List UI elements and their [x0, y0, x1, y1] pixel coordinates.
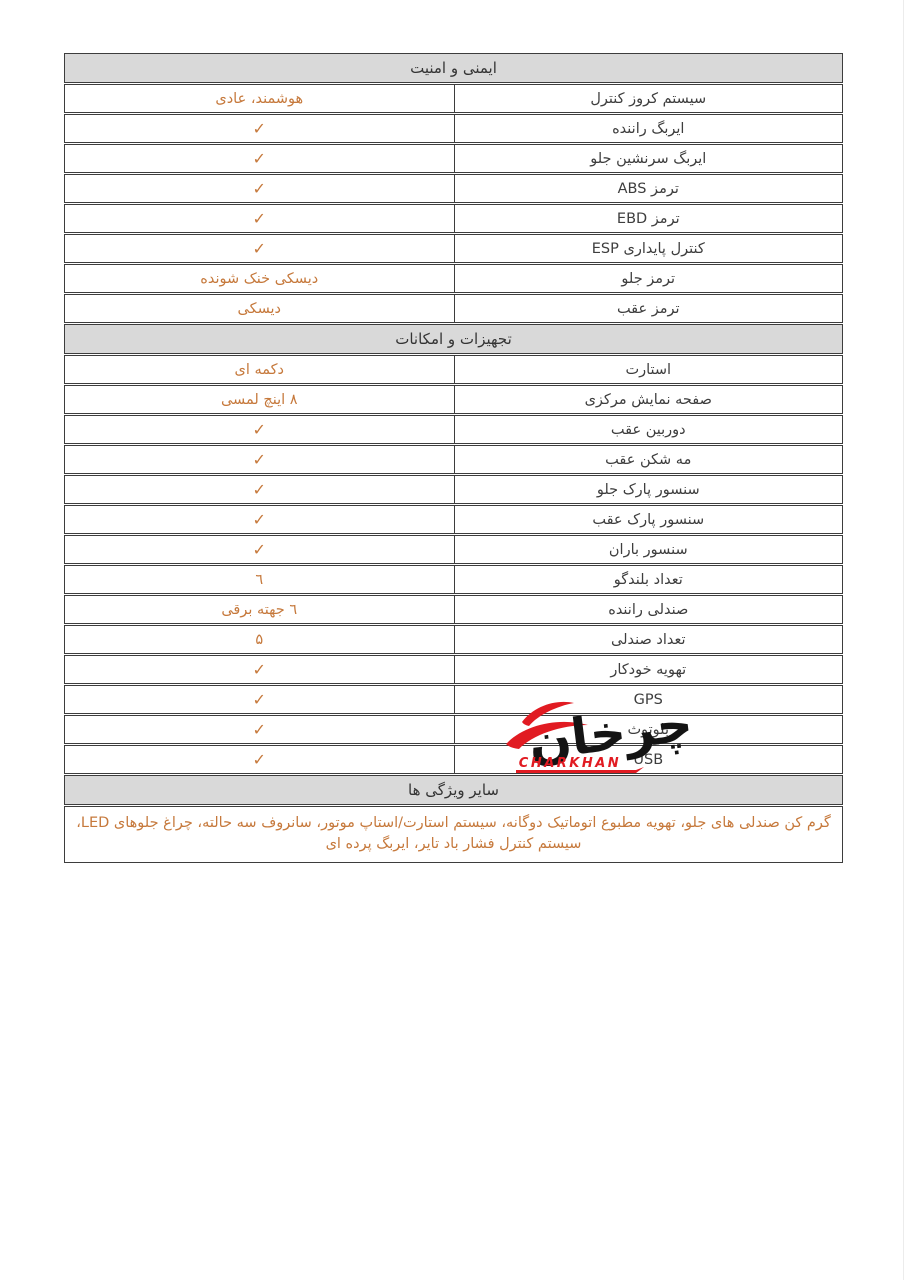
- row-label: ترمز جلو: [454, 265, 843, 292]
- section-header: ایمنی و امنیت: [64, 53, 843, 83]
- row-label: USB: [454, 746, 843, 773]
- table-row: سنسور پارک عقب ✓: [64, 505, 843, 534]
- table-row: ترمز EBD ✓: [64, 204, 843, 233]
- row-value: ✓: [65, 506, 454, 533]
- row-value: ✓: [65, 686, 454, 713]
- row-label: ایربگ سرنشین جلو: [454, 145, 843, 172]
- table-row: ترمز عقب دیسکی: [64, 294, 843, 323]
- other-features-note: گرم کن صندلی های جلو، تهویه مطبوع اتومات…: [64, 806, 843, 863]
- row-value: دیسکی خنک شونده: [65, 265, 454, 292]
- row-label: سنسور باران: [454, 536, 843, 563]
- row-label: GPS: [454, 686, 843, 713]
- row-value: ✓: [65, 656, 454, 683]
- row-value: ٦ جهته برقی: [65, 596, 454, 623]
- table-row: مه شکن عقب ✓: [64, 445, 843, 474]
- row-label: مه شکن عقب: [454, 446, 843, 473]
- row-label: ترمز ABS: [454, 175, 843, 202]
- row-value: ✓: [65, 716, 454, 743]
- row-label: تعداد بلندگو: [454, 566, 843, 593]
- row-value: ۸ اینچ لمسی: [65, 386, 454, 413]
- table-row: ترمز جلو دیسکی خنک شونده: [64, 264, 843, 293]
- row-value: ✓: [65, 446, 454, 473]
- table-row: USB ✓: [64, 745, 843, 774]
- row-value: دکمه ای: [65, 356, 454, 383]
- row-value: هوشمند، عادی: [65, 85, 454, 112]
- row-label: سنسور پارک عقب: [454, 506, 843, 533]
- table-row: تعداد صندلی ۵: [64, 625, 843, 654]
- table-row: صندلی راننده ٦ جهته برقی: [64, 595, 843, 624]
- section-header-label: سایر ویژگی ها: [408, 781, 499, 799]
- table-row: ترمز ABS ✓: [64, 174, 843, 203]
- row-label: دوربین عقب: [454, 416, 843, 443]
- table-row: صفحه نمایش مرکزی ۸ اینچ لمسی: [64, 385, 843, 414]
- row-label: سنسور پارک جلو: [454, 476, 843, 503]
- row-value: ✓: [65, 476, 454, 503]
- row-value: ٦: [65, 566, 454, 593]
- row-value: ✓: [65, 536, 454, 563]
- row-label: صندلی راننده: [454, 596, 843, 623]
- row-value: ✓: [65, 746, 454, 773]
- row-label: ترمز عقب: [454, 295, 843, 322]
- row-value: ✓: [65, 416, 454, 443]
- row-value: ✓: [65, 175, 454, 202]
- table-row: استارت دکمه ای: [64, 355, 843, 384]
- table-row: تهویه خودکار ✓: [64, 655, 843, 684]
- row-label: تعداد صندلی: [454, 626, 843, 653]
- row-label: تهویه خودکار: [454, 656, 843, 683]
- section-header: سایر ویژگی ها: [64, 775, 843, 805]
- row-label: بلوتوث: [454, 716, 843, 743]
- row-label: ترمز EBD: [454, 205, 843, 232]
- row-label: ایربگ راننده: [454, 115, 843, 142]
- table-row: ایربگ سرنشین جلو ✓: [64, 144, 843, 173]
- row-value: ۵: [65, 626, 454, 653]
- page-edge-line: [903, 0, 904, 1280]
- section-header: تجهیزات و امکانات: [64, 324, 843, 354]
- table-row: دوربین عقب ✓: [64, 415, 843, 444]
- table-row: سیستم کروز کنترل هوشمند، عادی: [64, 84, 843, 113]
- table-row: تعداد بلندگو ٦: [64, 565, 843, 594]
- section-header-label: تجهیزات و امکانات: [395, 330, 512, 348]
- row-label: استارت: [454, 356, 843, 383]
- row-value: ✓: [65, 115, 454, 142]
- table-row: سنسور باران ✓: [64, 535, 843, 564]
- row-value: ✓: [65, 145, 454, 172]
- table-row: ایربگ راننده ✓: [64, 114, 843, 143]
- row-label: کنترل پایداری ESP: [454, 235, 843, 262]
- row-value: ✓: [65, 205, 454, 232]
- table-row: GPS ✓: [64, 685, 843, 714]
- table-row: بلوتوث ✓: [64, 715, 843, 744]
- table-row: سنسور پارک جلو ✓: [64, 475, 843, 504]
- row-label: سیستم کروز کنترل: [454, 85, 843, 112]
- note-text: گرم کن صندلی های جلو، تهویه مطبوع اتومات…: [76, 815, 831, 852]
- spec-table: ایمنی و امنیت سیستم کروز کنترل هوشمند، ع…: [64, 53, 843, 863]
- section-header-label: ایمنی و امنیت: [410, 59, 497, 77]
- table-row: کنترل پایداری ESP ✓: [64, 234, 843, 263]
- row-value: ✓: [65, 235, 454, 262]
- row-label: صفحه نمایش مرکزی: [454, 386, 843, 413]
- row-value: دیسکی: [65, 295, 454, 322]
